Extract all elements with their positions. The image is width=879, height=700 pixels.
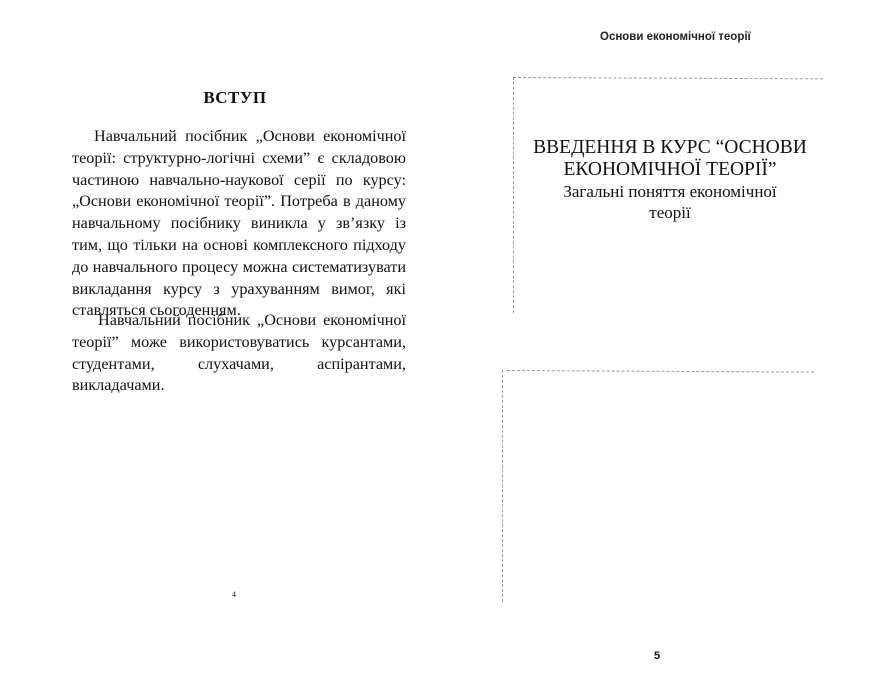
- page-number-right: 5: [654, 650, 660, 662]
- frame-border-left-lower: [502, 370, 503, 602]
- left-page: ВСТУП Навчальний посібник „Основи економ…: [0, 0, 440, 700]
- frame-border-left-upper: [513, 77, 514, 313]
- page-title: ВСТУП: [0, 88, 470, 108]
- running-header: Основи економічної теорії: [600, 31, 751, 43]
- chapter-subtitle-line-2: теорії: [520, 203, 820, 223]
- chapter-heading: ВВЕДЕННЯ В КУРС “ОСНОВИ ЕКОНОМІЧНОЇ ТЕОР…: [520, 137, 820, 223]
- page-number-left: 4: [232, 590, 236, 599]
- frame-border-top-lower: [507, 370, 814, 373]
- chapter-title-line-1: ВВЕДЕННЯ В КУРС “ОСНОВИ: [520, 137, 820, 159]
- chapter-subtitle-line-1: Загальні поняття економічної: [520, 182, 820, 202]
- intro-paragraph-1: Навчальний посібник „Основи економічної …: [72, 126, 406, 322]
- frame-border-top-upper: [513, 77, 823, 79]
- intro-paragraph-2: Навчальний посібник „Основи економічної …: [72, 310, 406, 397]
- chapter-title-line-2: ЕКОНОМІЧНОЇ ТЕОРІЇ”: [520, 159, 820, 181]
